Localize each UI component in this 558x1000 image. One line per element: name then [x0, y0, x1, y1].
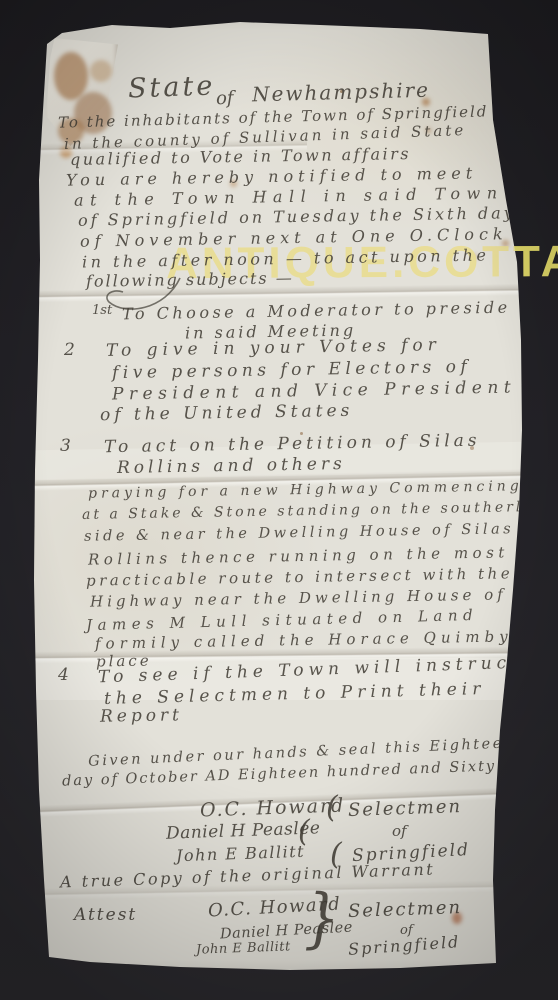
signature-name: O.C. Howard [200, 794, 346, 821]
article-number: 4 [58, 665, 69, 685]
photo-of-antique-document: ANTIQUE.COTTAG ANTIQUE.COTTAG State of [0, 0, 558, 1000]
doc-title-word: of [216, 88, 234, 110]
doc-line: To give in your Votes for [106, 335, 441, 361]
doc-title-word: State [127, 70, 215, 104]
doc-line: To act on the Petition of Silas [104, 431, 481, 458]
signature-role: Selectmen [348, 796, 463, 821]
article-number: 1st [92, 303, 112, 318]
doc-line: side & near the Dwelling House of Silas [84, 521, 514, 545]
attest-label: Attest [74, 905, 137, 925]
attest-brace: } [304, 881, 340, 956]
doc-line: at a Stake & Stone standing on the south… [82, 499, 534, 523]
signature-brace: ( [298, 814, 310, 849]
attest-role: Springfield [347, 932, 460, 959]
signature-name: John E Ballitt [176, 842, 306, 865]
article-number: 3 [60, 436, 71, 456]
document-paper: ANTIQUE.COTTAG State of Newhampshire To … [0, 0, 558, 1000]
article-number: 2 [64, 340, 75, 360]
signature-role: of [392, 822, 407, 840]
attest-name: John E Ballitt [196, 939, 291, 957]
signature-brace: ( [326, 790, 338, 825]
doc-line: Report [100, 705, 183, 726]
doc-line: A true Copy of the original Warrant [60, 859, 436, 891]
attest-role: Selectmen [348, 897, 463, 922]
doc-line: Rollins and others [117, 454, 346, 478]
doc-line: praying for a new Highway Commencing [88, 478, 523, 502]
doc-title-word: Newhampshire [252, 78, 431, 107]
doc-line: of the United States [100, 401, 354, 425]
